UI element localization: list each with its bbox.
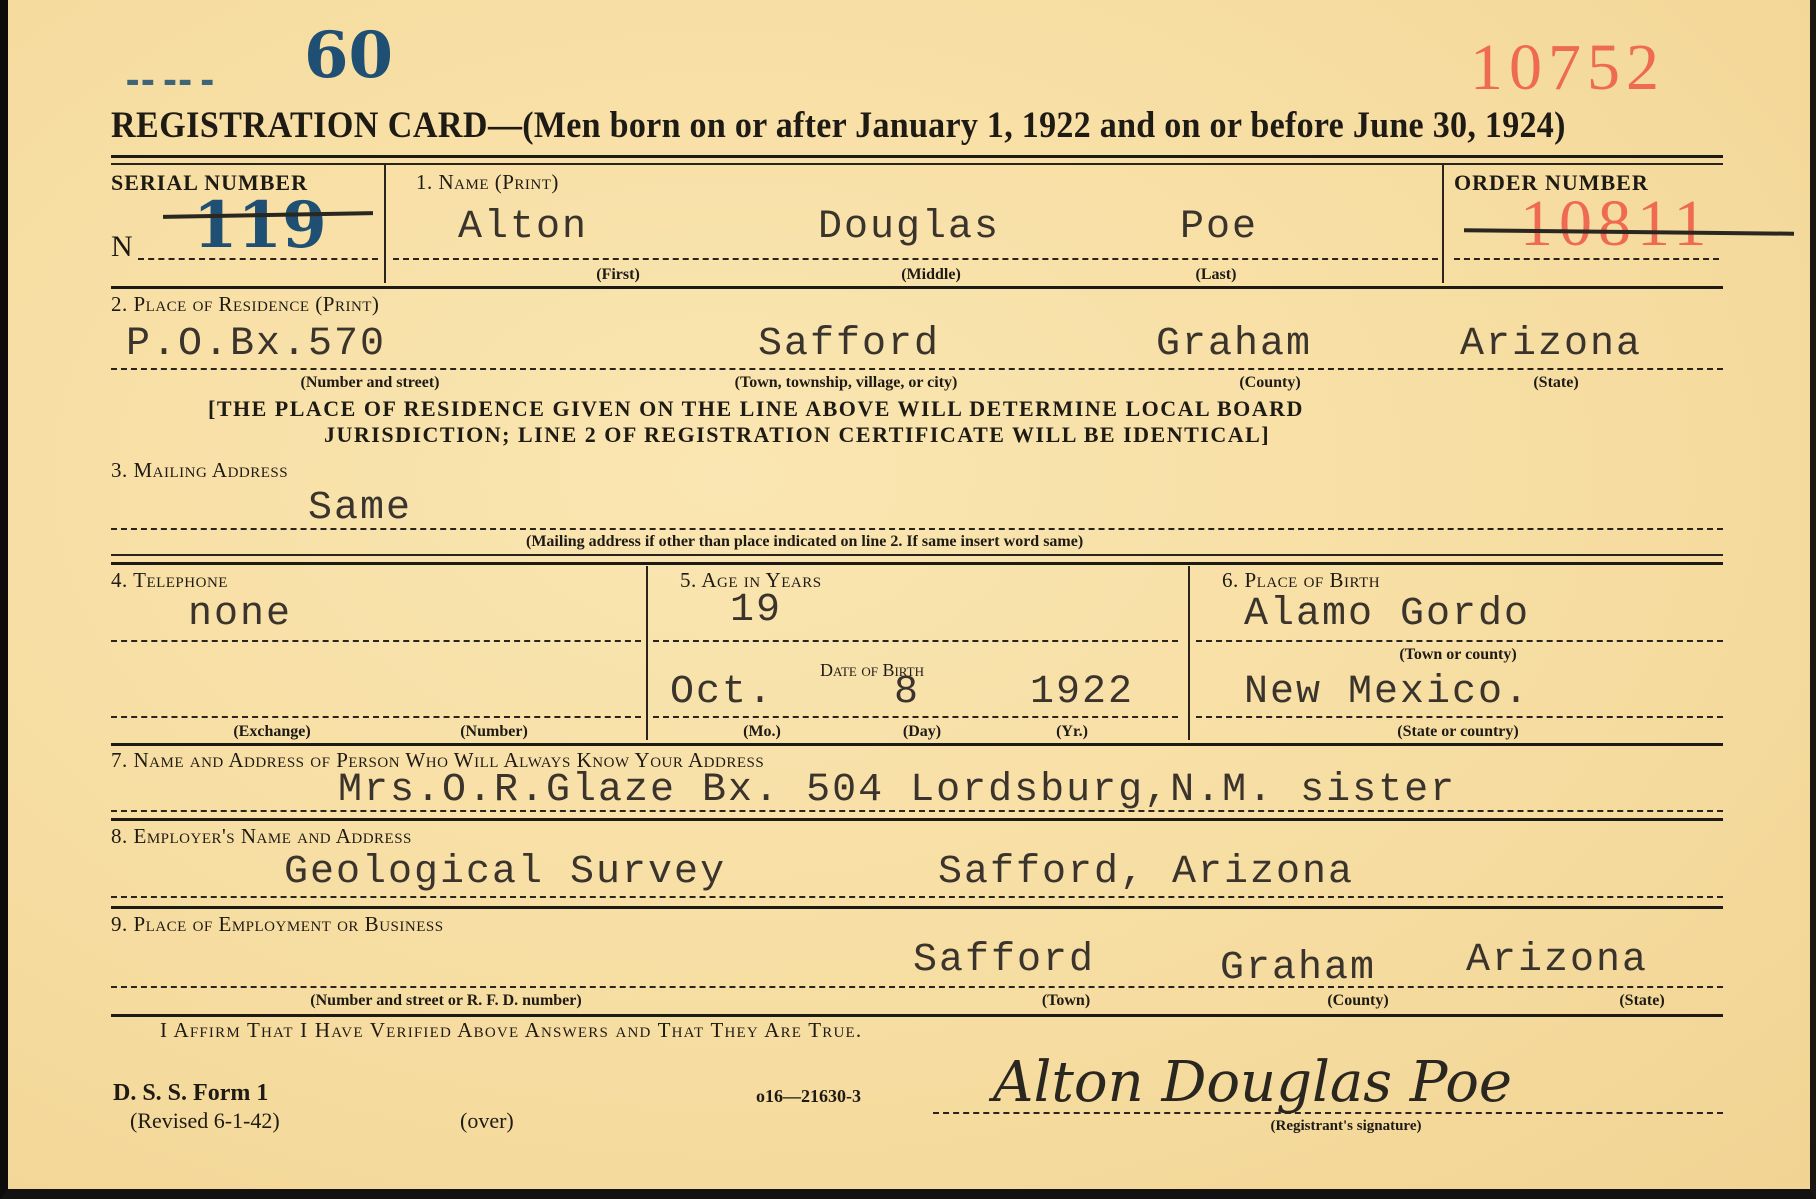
caption-first: (First) bbox=[596, 266, 640, 284]
stamp-number-red: 10752 bbox=[1470, 30, 1665, 106]
mailing-caption: (Mailing address if other than place ind… bbox=[526, 533, 1083, 551]
caption-day: (Day) bbox=[903, 723, 941, 741]
mailing-value: Same bbox=[308, 486, 412, 531]
signature-caption: (Registrant's signature) bbox=[1271, 1118, 1422, 1135]
residence-street: P.O.Bx.570 bbox=[126, 322, 386, 367]
residence-county: Graham bbox=[1156, 322, 1312, 367]
name-middle: Douglas bbox=[818, 205, 1000, 250]
mailing-label: 3. Mailing Address bbox=[111, 458, 288, 483]
residence-town: Safford bbox=[758, 322, 940, 367]
caption-town-or-county: (Town or county) bbox=[1399, 646, 1516, 664]
name-label: 1. Name (Print) bbox=[416, 170, 559, 195]
jurisdiction-notice-line2: JURISDICTION; LINE 2 OF REGISTRATION CER… bbox=[324, 422, 1270, 448]
name-last: Poe bbox=[1180, 205, 1258, 250]
caption-last: (Last) bbox=[1196, 266, 1237, 284]
employer-label: 8. Employer's Name and Address bbox=[111, 824, 412, 849]
stamp-mark-blue: ▬▬ ▬▬ ▬ bbox=[126, 74, 216, 90]
caption-employment-county: (County) bbox=[1327, 992, 1388, 1010]
caption-town: (Town, township, village, or city) bbox=[735, 374, 958, 392]
caption-state: (State) bbox=[1533, 374, 1578, 392]
employment-town: Safford bbox=[913, 938, 1095, 983]
order-number-value: 10811 bbox=[1520, 186, 1713, 262]
title-main: REGISTRATION CARD bbox=[111, 105, 488, 146]
serial-prefix: N bbox=[111, 230, 133, 264]
over-note: (over) bbox=[460, 1108, 514, 1134]
employer-address: Safford, Arizona bbox=[938, 850, 1354, 895]
telephone-label: 4. Telephone bbox=[111, 568, 228, 593]
caption-street: (Number and street) bbox=[301, 374, 440, 392]
telephone-value: none bbox=[188, 592, 292, 637]
caption-year: (Yr.) bbox=[1056, 723, 1088, 741]
stamp-number-blue: 60 bbox=[304, 18, 393, 93]
form-name: D. S. S. Form 1 bbox=[113, 1080, 268, 1107]
employment-state: Arizona bbox=[1466, 938, 1648, 983]
title-sub: —(Men born on or after January 1, 1922 a… bbox=[488, 105, 1566, 146]
name-first: Alton bbox=[458, 205, 588, 250]
birthplace-label: 6. Place of Birth bbox=[1222, 568, 1380, 593]
serial-number-value: 119 bbox=[193, 188, 327, 263]
registration-card: 60 ▬▬ ▬▬ ▬ 10752 REGISTRATION CARD—(Men … bbox=[0, 0, 1816, 1199]
card-title: REGISTRATION CARD—(Men born on or after … bbox=[111, 104, 1566, 147]
print-code: o16—21630-3 bbox=[756, 1086, 861, 1107]
caption-employment-state: (State) bbox=[1619, 992, 1664, 1010]
caption-county: (County) bbox=[1239, 374, 1300, 392]
dob-year: 1922 bbox=[1030, 670, 1134, 715]
form-revised: (Revised 6-1-42) bbox=[130, 1108, 280, 1134]
residence-label: 2. Place of Residence (Print) bbox=[111, 292, 379, 317]
employment-label: 9. Place of Employment or Business bbox=[111, 912, 444, 937]
caption-exchange: (Exchange) bbox=[233, 723, 310, 741]
employment-county: Graham bbox=[1220, 946, 1376, 991]
birthplace-state: New Mexico. bbox=[1244, 670, 1530, 715]
employer-name: Geological Survey bbox=[284, 850, 726, 895]
caption-middle: (Middle) bbox=[901, 266, 961, 284]
caption-state-or-country: (State or country) bbox=[1397, 723, 1518, 741]
residence-state: Arizona bbox=[1460, 322, 1642, 367]
caption-employment-street: (Number and street or R. F. D. number) bbox=[310, 992, 581, 1010]
age-value: 19 bbox=[730, 588, 782, 633]
affirmation-text: I Affirm That I Have Verified Above Answ… bbox=[160, 1018, 862, 1043]
contact-value: Mrs.O.R.Glaze Bx. 504 Lordsburg,N.M. sis… bbox=[338, 768, 1456, 813]
caption-number: (Number) bbox=[460, 723, 528, 741]
birthplace-town: Alamo Gordo bbox=[1244, 592, 1530, 637]
dob-day: 8 bbox=[894, 670, 920, 715]
jurisdiction-notice-line1: [THE PLACE OF RESIDENCE GIVEN ON THE LIN… bbox=[208, 396, 1304, 422]
dob-month: Oct. bbox=[670, 670, 774, 715]
caption-employment-town: (Town) bbox=[1042, 992, 1090, 1010]
caption-month: (Mo.) bbox=[743, 723, 781, 741]
registrant-signature: Alton Douglas Poe bbox=[993, 1050, 1512, 1115]
